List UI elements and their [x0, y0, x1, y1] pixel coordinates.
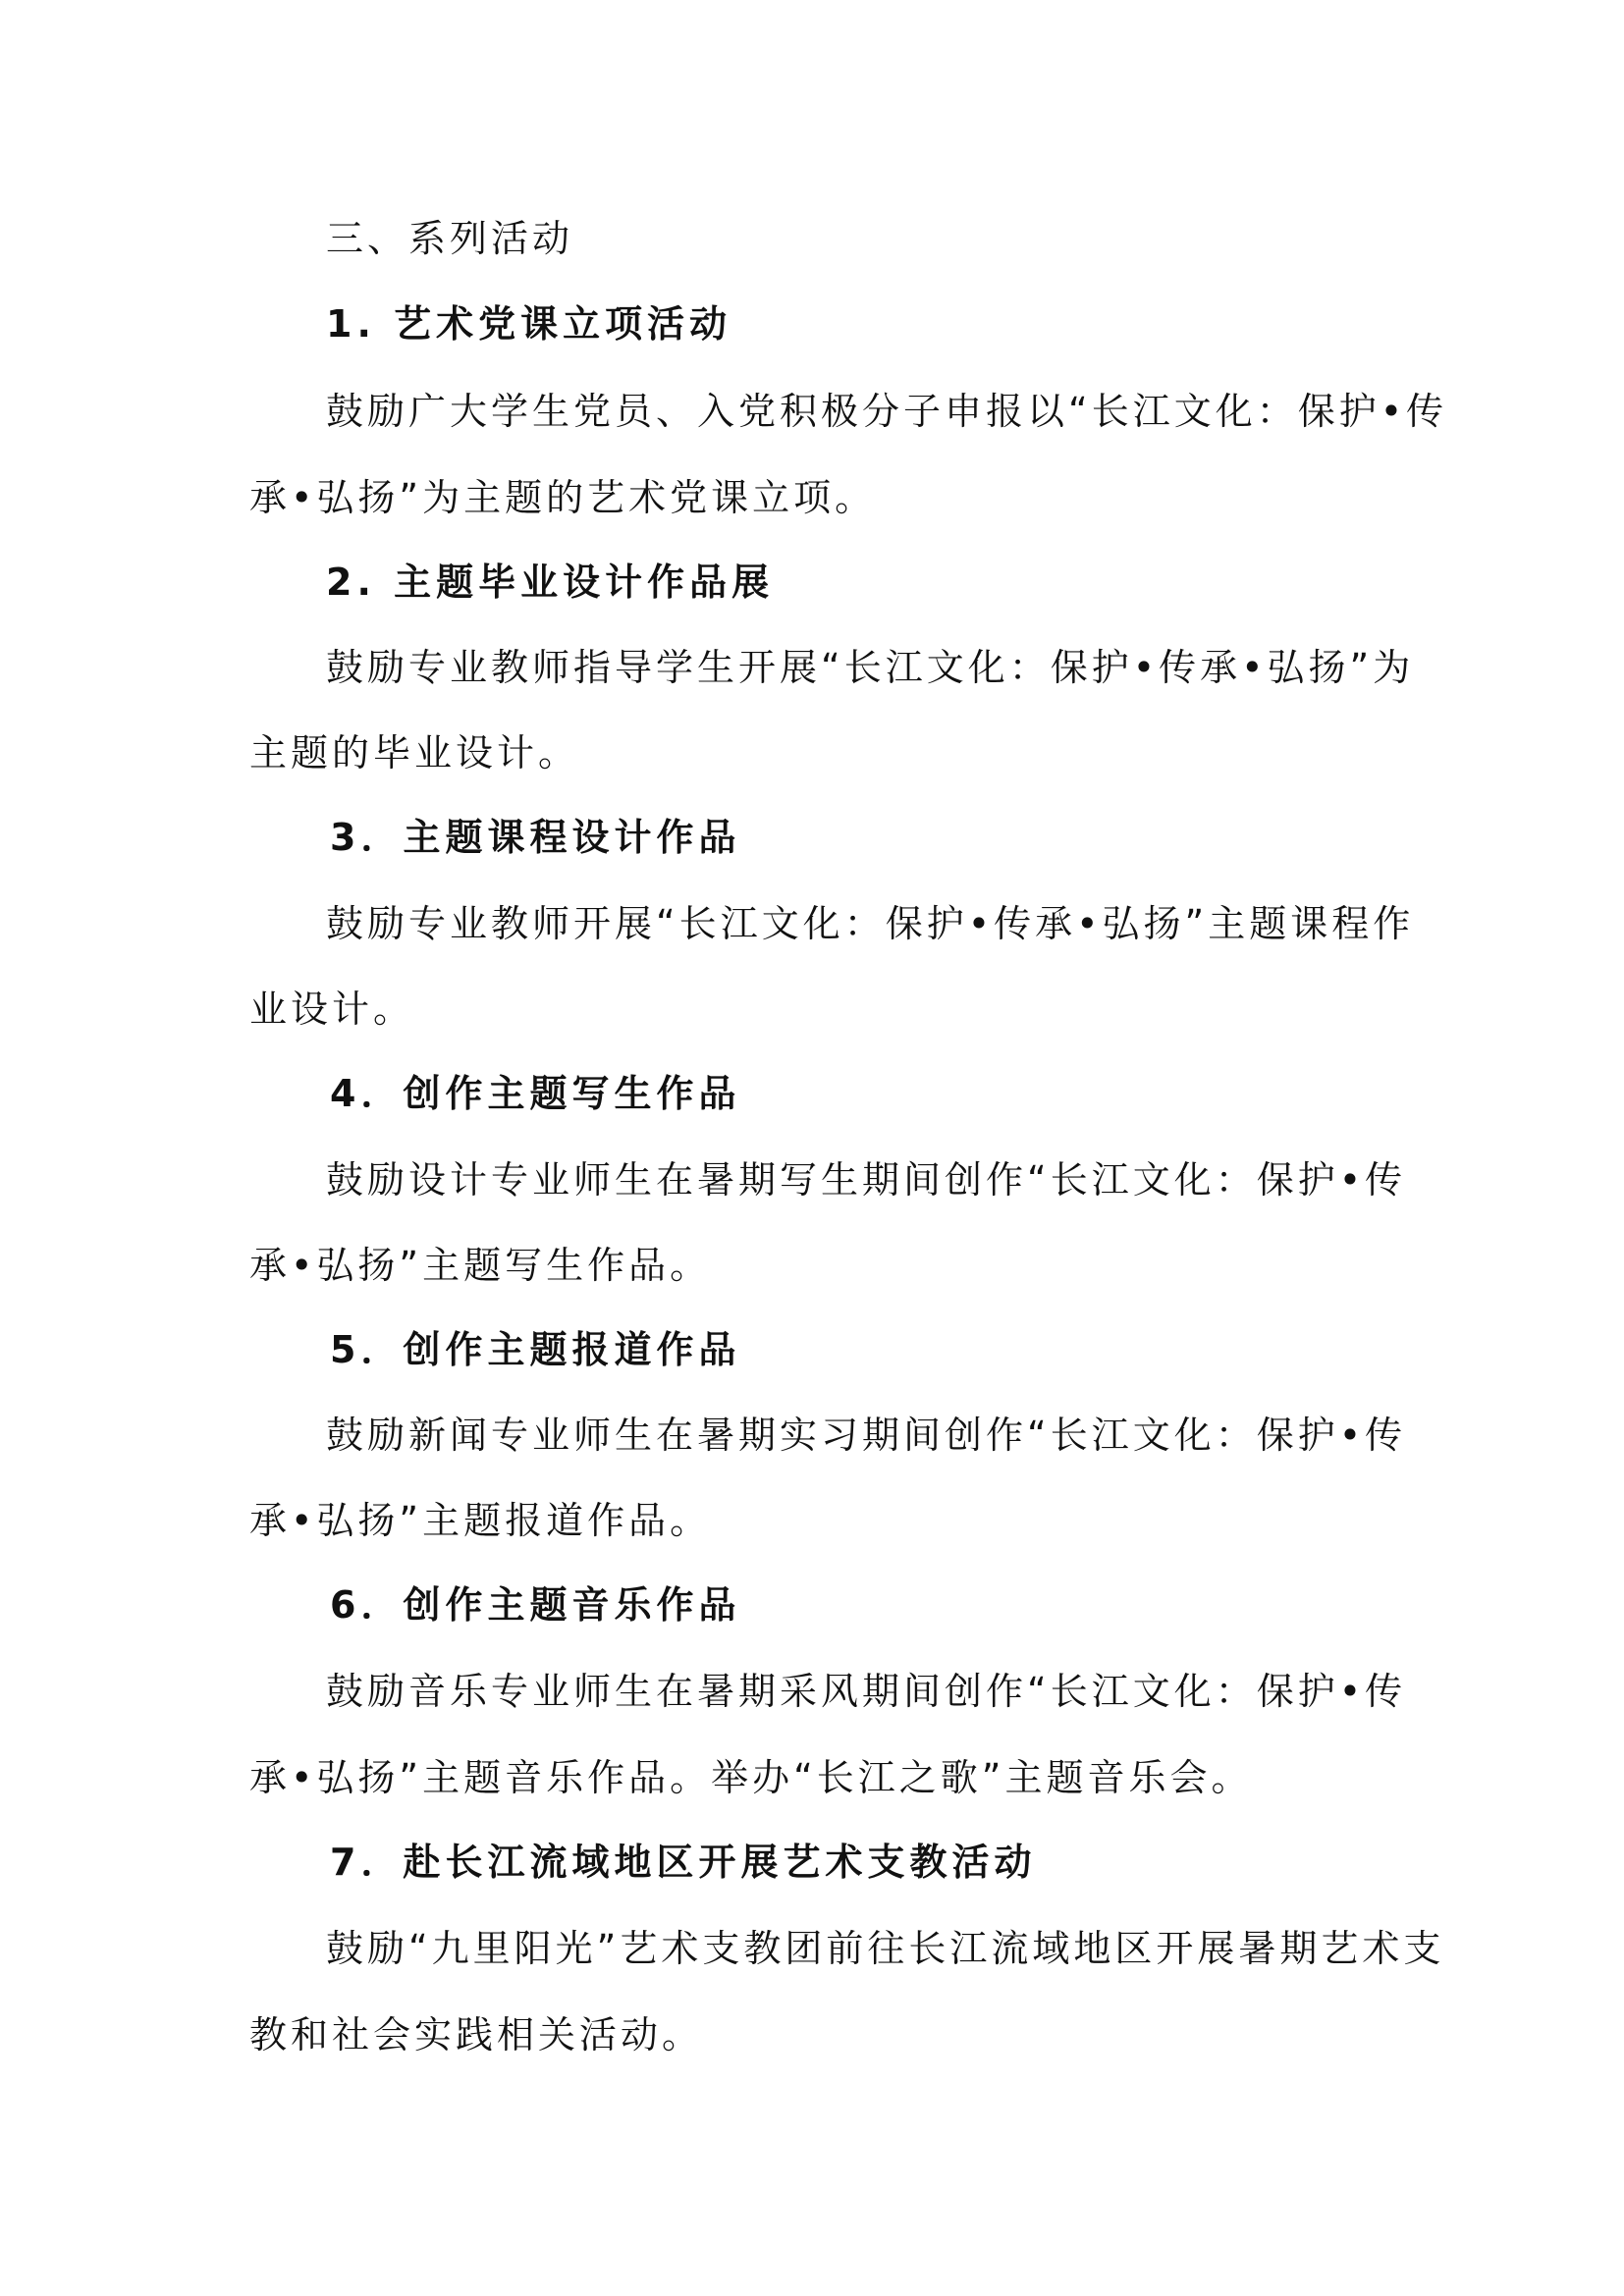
item-body-7-line-2: 教和社会实践相关活动。 — [249, 2010, 703, 2059]
document-page: 三、系列活动 1. 艺术党课立项活动 鼓励广大学生党员、入党积极分子申报以“长江… — [0, 0, 1624, 2296]
item-body-4-line-1: 鼓励设计专业师生在暑期写生期间创作“长江文化：保护•传 — [326, 1155, 1406, 1204]
item-body-7-line-1: 鼓励“九里阳光”艺术支教团前往长江流域地区开展暑期艺术支 — [326, 1924, 1444, 1973]
item-body-5-line-2: 承•弘扬”主题报道作品。 — [249, 1496, 711, 1545]
item-heading-7: 7．赴长江流域地区开展艺术支教活动 — [330, 1838, 1036, 1887]
item-heading-1: 1. 艺术党课立项活动 — [326, 299, 731, 348]
item-heading-3: 3．主题课程设计作品 — [330, 813, 740, 862]
item-body-2-line-1: 鼓励专业教师指导学生开展“长江文化：保护•传承•弘扬”为 — [326, 643, 1414, 692]
item-heading-5: 5．创作主题报道作品 — [330, 1325, 740, 1374]
item-heading-4: 4．创作主题写生作品 — [330, 1069, 740, 1118]
item-heading-2: 2. 主题毕业设计作品展 — [326, 558, 774, 607]
item-body-4-line-2: 承•弘扬”主题写生作品。 — [249, 1241, 711, 1290]
item-body-1-line-1: 鼓励广大学生党员、入党积极分子申报以“长江文化：保护•传 — [326, 387, 1447, 436]
item-body-6-line-2: 承•弘扬”主题音乐作品。举办“长江之歌”主题音乐会。 — [249, 1753, 1252, 1802]
item-body-1-line-2: 承•弘扬”为主题的艺术党课立项。 — [249, 473, 876, 522]
item-body-3-line-1: 鼓励专业教师开展“长江文化：保护•传承•弘扬”主题课程作 — [326, 899, 1414, 948]
item-heading-6: 6．创作主题音乐作品 — [330, 1580, 740, 1629]
item-body-6-line-1: 鼓励音乐专业师生在暑期采风期间创作“长江文化：保护•传 — [326, 1667, 1406, 1716]
item-body-3-line-2: 业设计。 — [249, 985, 414, 1034]
item-body-5-line-1: 鼓励新闻专业师生在暑期实习期间创作“长江文化：保护•传 — [326, 1411, 1406, 1460]
section-title: 三、系列活动 — [326, 214, 573, 263]
item-body-2-line-2: 主题的毕业设计。 — [249, 728, 579, 777]
